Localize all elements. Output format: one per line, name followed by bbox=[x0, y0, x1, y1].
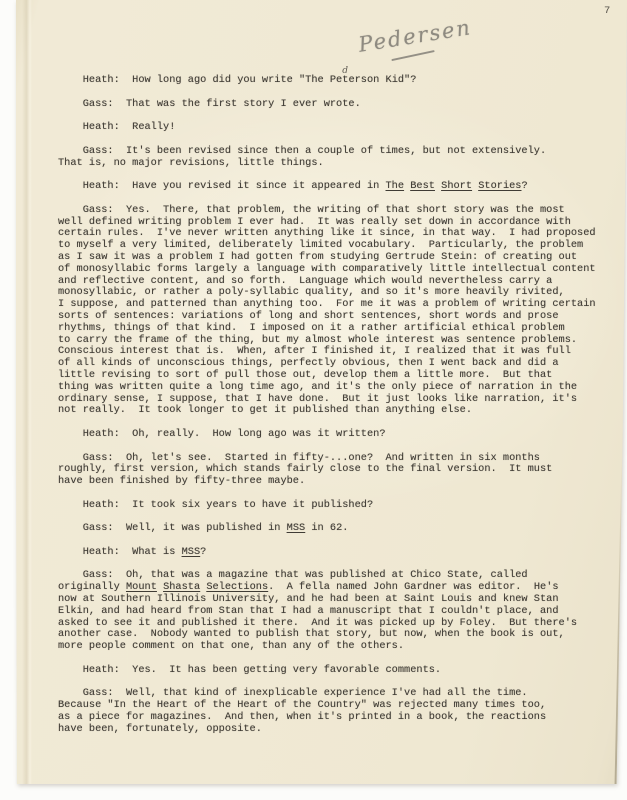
dialogue-paragraph-heath: Heath: Really! bbox=[58, 122, 614, 134]
dialogue-paragraph-heath: Heath: How long ago did you write "The P… bbox=[58, 75, 614, 87]
dialogue-paragraph-gass: Gass: Oh, let's see. Started in fifty-..… bbox=[58, 453, 614, 488]
page-number: 7 bbox=[604, 5, 610, 17]
underlined-title-word: MSS bbox=[287, 522, 306, 534]
dialogue-paragraph-gass: Gass: Oh, that was a magazine that was p… bbox=[58, 570, 614, 653]
underlined-title-word: The bbox=[386, 180, 405, 192]
dialogue-paragraph-heath: Heath: It took six years to have it publ… bbox=[58, 500, 614, 512]
dialogue-paragraph-gass: Gass: That was the first story I ever wr… bbox=[58, 99, 614, 111]
dialogue-paragraph-gass: Gass: Well, it was published in MSS in 6… bbox=[58, 523, 614, 535]
handwritten-insert-letter: d bbox=[342, 67, 348, 75]
dialogue-paragraph-gass: Gass: Yes. There, that problem, the writ… bbox=[58, 205, 614, 417]
underlined-title-word: Mount bbox=[126, 581, 157, 593]
dialogue-paragraph-heath: Heath: Yes. It has been getting very fav… bbox=[58, 665, 614, 677]
underlined-title-word: Short bbox=[441, 180, 472, 192]
underlined-title-word: Stories bbox=[478, 180, 521, 192]
underlined-title-word: Best bbox=[410, 180, 435, 192]
underlined-title-word: Selections bbox=[206, 581, 268, 593]
underlined-title-word: MSS bbox=[182, 546, 201, 558]
dialogue-paragraph-heath: Heath: Have you revised it since it appe… bbox=[58, 181, 614, 193]
corrected-letter: td bbox=[342, 75, 348, 87]
scanned-page: 7 Pedersen Heath: How long ago did you w… bbox=[0, 0, 627, 800]
dialogue-paragraph-gass: Gass: It's been revised since then a cou… bbox=[58, 146, 614, 170]
dialogue-paragraph-gass: Gass: Well, that kind of inexplicable ex… bbox=[58, 688, 614, 735]
transcript: Heath: How long ago did you write "The P… bbox=[58, 75, 614, 736]
dialogue-paragraph-heath: Heath: What is MSS? bbox=[58, 547, 614, 559]
underlined-title-word: Shasta bbox=[163, 581, 200, 593]
dialogue-paragraph-heath: Heath: Oh, really. How long ago was it w… bbox=[58, 429, 614, 441]
